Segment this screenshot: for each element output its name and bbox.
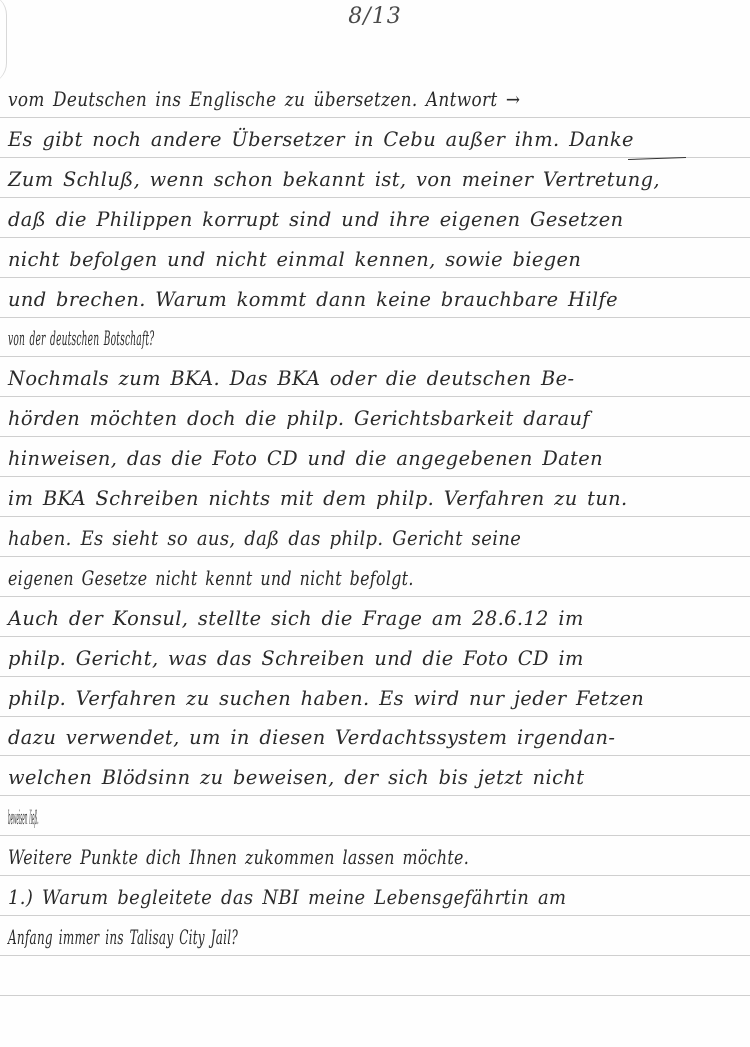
ruled-line [0, 556, 750, 557]
text-line: im BKA Schreiben nichts mit dem philp. V… [8, 487, 743, 510]
ruled-line [0, 516, 750, 517]
ruled-line [0, 317, 750, 318]
text-line: Nochmals zum BKA. Das BKA oder die deuts… [8, 367, 743, 390]
text-line: Zum Schluß, wenn schon bekannt ist, von … [8, 168, 743, 191]
ruled-line [0, 117, 750, 118]
ruled-line [0, 915, 750, 916]
ruled-line [0, 875, 750, 876]
ruled-line [0, 995, 750, 996]
text-line: Es gibt noch andere Übersetzer in Cebu a… [8, 128, 743, 151]
text-line: 1.) Warum begleitete das NBI meine Leben… [8, 886, 688, 909]
text-line: von der deutschen Botschaft? [8, 327, 353, 350]
text-line: haben. Es sieht so aus, daß das philp. G… [8, 527, 688, 550]
ruled-line [0, 755, 750, 756]
text-line: hinweisen, das die Foto CD und die angeg… [8, 447, 743, 470]
text-line: dazu verwendet, um in diesen Verdachtssy… [8, 726, 743, 749]
page-number: 8/13 [0, 4, 750, 29]
text-line: Auch der Konsul, stellte sich die Frage … [8, 607, 743, 630]
text-line: philp. Gericht, was das Schreiben und di… [8, 647, 743, 670]
ruled-line [0, 476, 750, 477]
text-line: daß die Philippen korrupt sind und ihre … [8, 208, 743, 231]
text-line: und brechen. Warum kommt dann keine brau… [8, 288, 743, 311]
ruled-line [0, 676, 750, 677]
text-line: eigenen Gesetze nicht kennt und nicht be… [8, 567, 608, 590]
text-line: nicht befolgen und nicht einmal kennen, … [8, 248, 743, 271]
ruled-line [0, 795, 750, 796]
ruled-line [0, 277, 750, 278]
text-line: Weitere Punkte dich Ihnen zukommen lasse… [8, 846, 608, 869]
ruled-line [0, 955, 750, 956]
text-line: hörden möchten doch die philp. Gerichtsb… [8, 407, 743, 430]
ruled-line [0, 356, 750, 357]
ruled-line [0, 237, 750, 238]
ruled-line [0, 636, 750, 637]
ruled-line [0, 197, 750, 198]
ruled-line [0, 716, 750, 717]
ruled-line [0, 835, 750, 836]
text-line: beweisen ließ. [8, 806, 158, 829]
text-line: vom Deutschen ins Englische zu übersetze… [8, 88, 648, 111]
ruled-line [0, 436, 750, 437]
handwritten-page: 8/13 vom Deutschen ins Englische zu über… [0, 0, 750, 1047]
ruled-line [0, 596, 750, 597]
text-line: Anfang immer ins Talisay City Jail? [8, 926, 463, 949]
text-line: philp. Verfahren zu suchen haben. Es wir… [8, 687, 743, 710]
ruled-line [0, 396, 750, 397]
text-line: welchen Blödsinn zu beweisen, der sich b… [8, 766, 743, 789]
